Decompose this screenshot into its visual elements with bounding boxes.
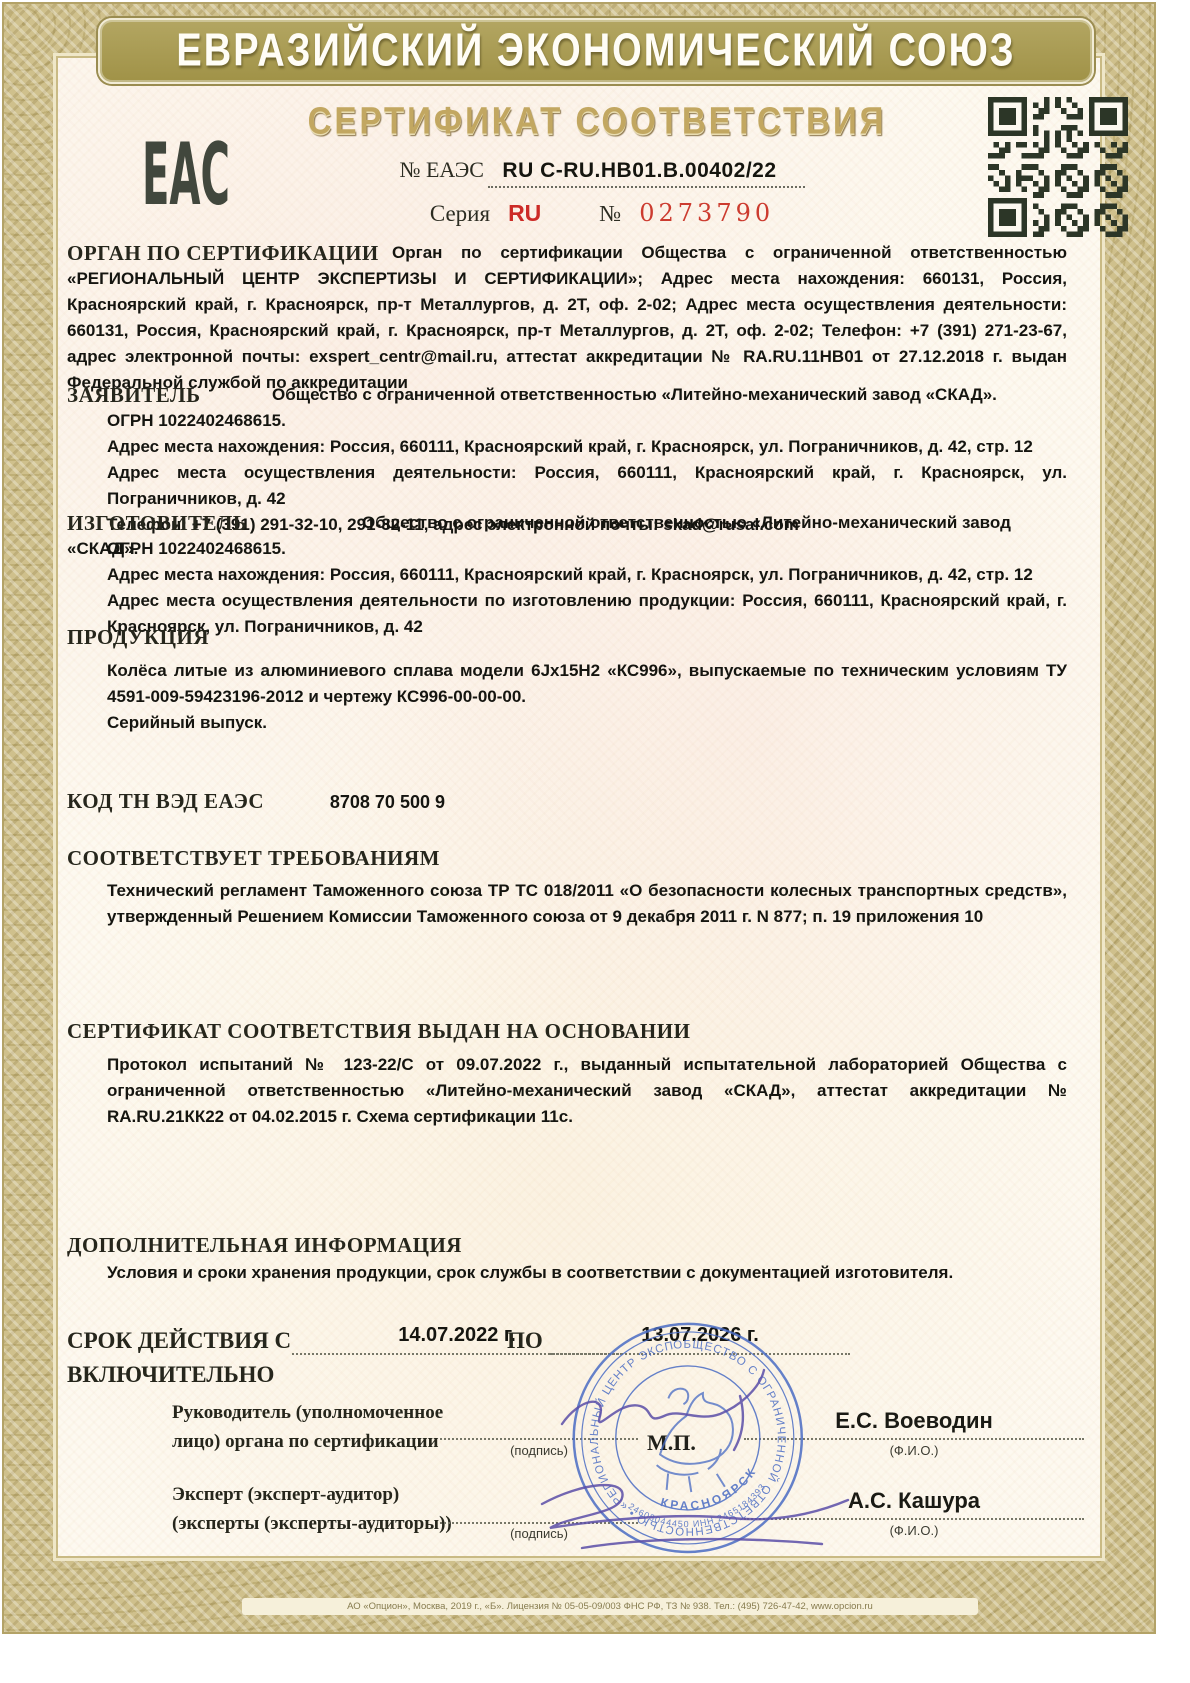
section-izgotovitel-lines: ОГРН 1022402468615. Адрес места нахожден… <box>107 536 1067 640</box>
blank-number-value: 0273790 <box>639 199 774 227</box>
head-name-line <box>744 1412 1084 1440</box>
expert-label-line2: (эксперты (эксперты-аудиторы)) <box>172 1513 452 1534</box>
certificate-page: ЕВРАЗИЙСКИЙ ЭКОНОМИЧЕСКИЙ СОЮЗ ЕАС СЕРТИ… <box>0 0 1190 1683</box>
eaeu-banner: ЕВРАЗИЙСКИЙ ЭКОНОМИЧЕСКИЙ СОЮЗ <box>98 18 1094 84</box>
section-code-heading: КОД ТН ВЭД ЕАЭС <box>67 789 264 813</box>
expert-label-line1: Эксперт (эксперт-аудитор) <box>172 1484 399 1505</box>
certificate-number-value: RU C-RU.НВ01.В.00402/22 <box>488 159 804 188</box>
izgotovitel-line: Адрес места нахождения: Россия, 660111, … <box>107 562 1067 588</box>
section-osnovanie-heading: СЕРТИФИКАТ СООТВЕТСТВИЯ ВЫДАН НА ОСНОВАН… <box>67 1018 690 1044</box>
series-label: Серия <box>430 201 490 227</box>
certificate-number-row: № ЕАЭС RU C-RU.НВ01.В.00402/22 <box>302 157 902 183</box>
izgotovitel-line: Адрес места осуществления деятельности п… <box>107 588 1067 640</box>
section-zayavitel-lead: Общество с ограниченной ответственностью… <box>67 382 1067 408</box>
section-code-row: КОД ТН ВЭД ЕАЭС 8708 70 500 9 <box>67 788 445 815</box>
validity-from-label: СРОК ДЕЙСТВИЯ С <box>67 1328 291 1354</box>
eac-logo: ЕАС <box>140 128 236 224</box>
head-signature-caption: (подпись) <box>440 1443 638 1458</box>
section-produkciya-heading: ПРОДУКЦИЯ <box>67 624 209 650</box>
print-house-footer: АО «Опцион», Москва, 2019 г., «Б». Лицен… <box>242 1598 978 1615</box>
zayavitel-line: Адрес места осуществления деятельности: … <box>107 460 1067 512</box>
section-produkciya-body: Колёса литые из алюминиевого сплава моде… <box>107 658 1067 736</box>
eac-logo-text: ЕАС <box>142 128 230 224</box>
validity-inclusive-label: ВКЛЮЧИТЕЛЬНО <box>67 1362 274 1388</box>
head-signature-line <box>440 1412 638 1440</box>
section-organ-body: Орган по сертификации Общества с огранич… <box>67 240 1067 396</box>
produkciya-line: Серийный выпуск. <box>107 710 1067 736</box>
head-name-caption: (Ф.И.О.) <box>744 1443 1084 1458</box>
zayavitel-line: Адрес места нахождения: Россия, 660111, … <box>107 434 1067 460</box>
section-osnovanie-body: Протокол испытаний № 123-22/С от 09.07.2… <box>107 1052 1067 1130</box>
zayavitel-line: ОГРН 1022402468615. <box>107 408 1067 434</box>
tnved-code-value: 8708 70 500 9 <box>330 792 445 812</box>
expert-name-caption: (Ф.И.О.) <box>744 1523 1084 1538</box>
certificate-number-label: № ЕАЭС <box>399 157 483 182</box>
validity-to-label: ПО <box>507 1328 543 1354</box>
expert-signature-line <box>440 1496 638 1524</box>
stamp-place-label: М.П. <box>647 1430 696 1456</box>
section-sootvetstvuet-heading: СООТВЕТСТВУЕТ ТРЕБОВАНИЯМ <box>67 845 440 871</box>
izgotovitel-line: ОГРН 1022402468615. <box>107 536 1067 562</box>
section-dop-heading: ДОПОЛНИТЕЛЬНАЯ ИНФОРМАЦИЯ <box>67 1232 462 1258</box>
series-value: RU <box>508 200 541 227</box>
section-dop-body: Условия и сроки хранения продукции, срок… <box>107 1260 1067 1286</box>
eaeu-banner-title: ЕВРАЗИЙСКИЙ ЭКОНОМИЧЕСКИЙ СОЮЗ <box>176 25 1015 77</box>
expert-signature-caption: (подпись) <box>440 1526 638 1541</box>
qr-code <box>988 94 1128 240</box>
produkciya-line: Колёса литые из алюминиевого сплава моде… <box>107 658 1067 710</box>
blank-number-label: № <box>599 201 621 227</box>
expert-name-line <box>744 1492 1084 1520</box>
document-title: СЕРТИФИКАТ СООТВЕТСТВИЯ <box>257 99 937 143</box>
series-row: Серия RU № 0273790 <box>332 199 872 227</box>
head-signature-label: Руководитель (уполномоченное лицо) орган… <box>172 1398 462 1456</box>
certificate-sheet: ЕВРАЗИЙСКИЙ ЭКОНОМИЧЕСКИЙ СОЮЗ ЕАС СЕРТИ… <box>2 2 1156 1634</box>
validity-to-date: 13.07.2026 г. <box>550 1324 850 1355</box>
section-sootvetstvuet-body: Технический регламент Таможенного союза … <box>107 878 1067 930</box>
